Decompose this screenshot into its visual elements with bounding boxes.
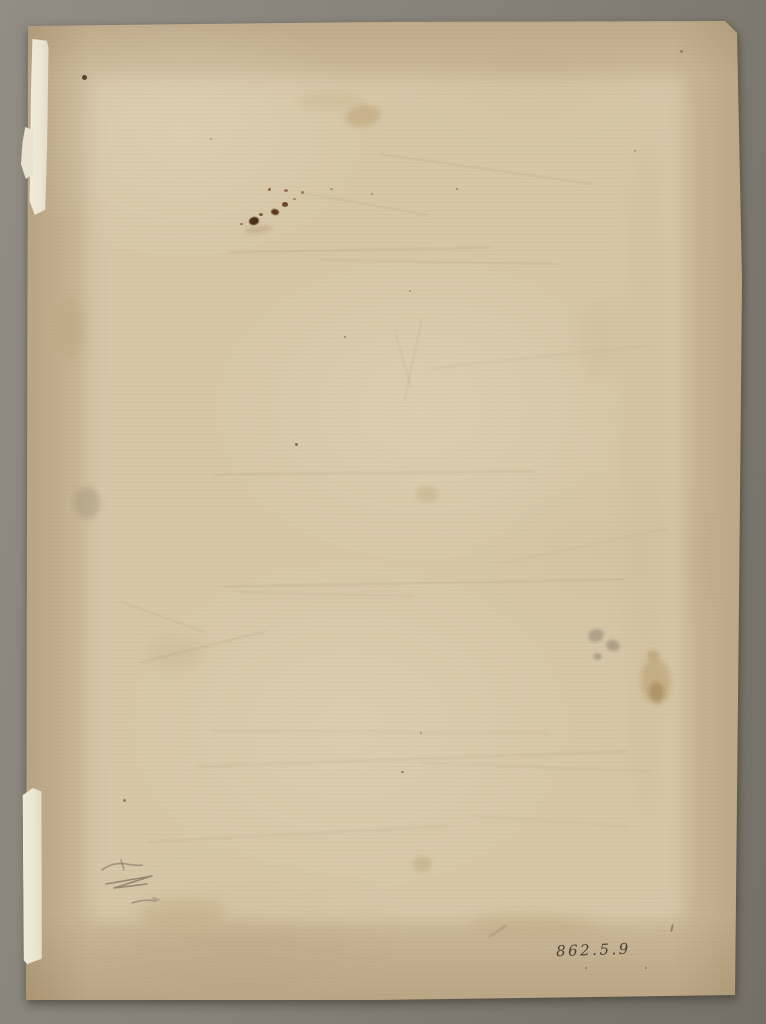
crease: [403, 319, 422, 402]
stain: [580, 300, 620, 380]
stain: [74, 487, 100, 519]
ink-smear: [244, 224, 273, 235]
crease: [320, 259, 560, 265]
inventory-inscription: 862.5.9: [556, 940, 631, 961]
stain: [413, 856, 431, 872]
ink-spot: [282, 202, 288, 207]
ink-spot: [270, 208, 279, 216]
crease: [210, 730, 550, 735]
ink-spot: [240, 223, 243, 225]
fleck: [401, 771, 404, 773]
fleck: [645, 967, 647, 969]
crease: [301, 192, 429, 217]
ink-spot: [268, 188, 271, 191]
crease: [148, 825, 448, 843]
ink-spot: [259, 213, 263, 216]
fleck: [409, 290, 411, 292]
crease: [214, 471, 534, 476]
fleck: [371, 193, 373, 195]
crease: [224, 579, 624, 588]
fleck: [456, 188, 458, 190]
crease: [470, 814, 630, 827]
ink-spot: [284, 189, 288, 192]
fleck: [585, 967, 587, 969]
fleck: [295, 443, 298, 446]
crease: [393, 329, 412, 389]
ink-spot: [293, 198, 296, 200]
crease: [230, 247, 490, 254]
fleck: [82, 75, 87, 80]
crease: [234, 591, 414, 598]
photograph-canvas: 862.5.9: [0, 0, 766, 1024]
stain: [298, 93, 362, 109]
pencil-scribble: [85, 848, 169, 920]
fleck: [344, 336, 346, 338]
smudge: [605, 638, 621, 652]
fleck: [210, 138, 212, 140]
crease: [420, 762, 650, 772]
smudge: [586, 627, 605, 645]
stain: [56, 296, 84, 360]
stain: [416, 486, 438, 503]
ink-spot: [248, 216, 260, 226]
stain: [624, 140, 668, 820]
smudge: [593, 653, 602, 660]
fleck: [634, 150, 636, 152]
crease: [379, 153, 592, 185]
crease: [120, 601, 205, 634]
crease: [198, 750, 628, 767]
fleck: [123, 799, 126, 802]
fleck: [670, 924, 674, 932]
ink-spot: [330, 188, 333, 190]
stain: [468, 911, 598, 937]
fleck: [680, 50, 683, 53]
